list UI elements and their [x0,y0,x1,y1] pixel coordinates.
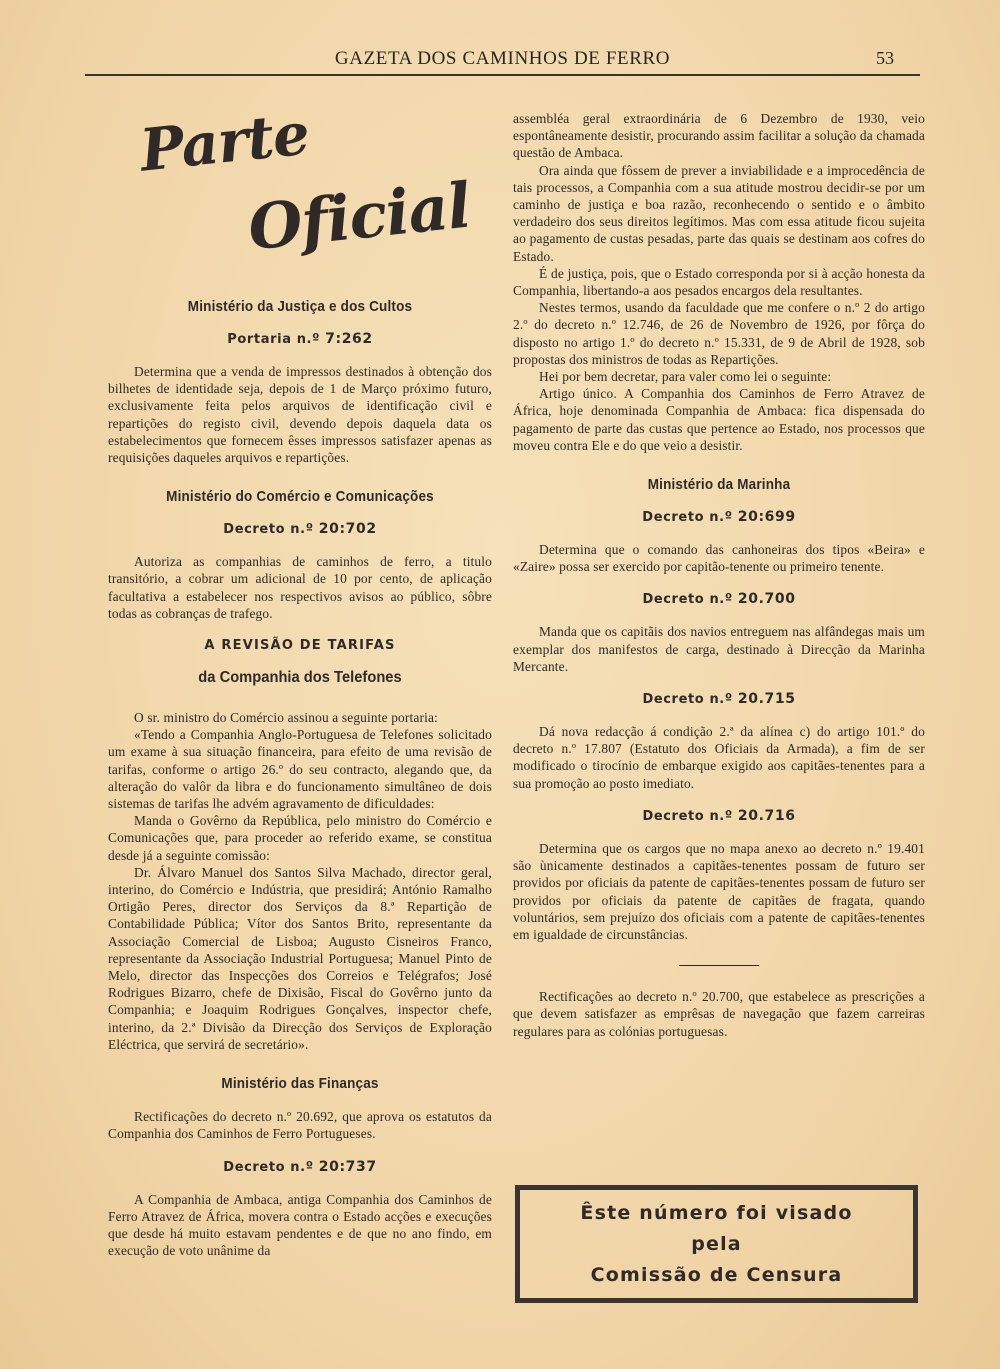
paragraph: A Companhia de Ambaca, antiga Companhia … [108,1191,492,1260]
censor-line3: Comissão de Censura [591,1260,843,1291]
paragraph: Rectificações ao decreto n.º 20.700, que… [513,988,925,1040]
paragraph: O sr. ministro do Comércio assinou a seg… [108,709,492,726]
paragraph: Determina que os cargos que no mapa anex… [513,840,925,943]
decree-heading: Portaria n.º 7:262 [108,331,492,347]
section-title-line2: Oficial [245,169,474,265]
article-heading: A REVISÃO DE TARIFAS [108,638,492,653]
section-title: Parte Oficial [108,108,492,288]
left-column: Parte Oficial Ministério da Justiça e do… [108,108,492,1259]
section-title-line1: Parte [137,99,312,184]
page-number: 53 [876,48,894,69]
paragraph: assembléa geral extraordinária de 6 Deze… [513,110,925,162]
paragraph: Dr. Álvaro Manuel dos Santos Silva Macha… [108,864,492,1053]
paragraph: «Tendo a Companhia Anglo-Portuguesa de T… [108,726,492,812]
censor-line2: pela [691,1229,742,1260]
decree-heading: Decreto n.º 20:702 [108,521,492,537]
page-header: GAZETA DOS CAMINHOS DE FERRO 53 [85,46,920,76]
decree-heading: Decreto n.º 20:699 [513,509,925,525]
paragraph: Determina que o comando das canhoneiras … [513,541,925,575]
ministry-heading: Ministério do Comércio e Comunicações [127,488,473,505]
paragraph: Ora ainda que fôssem de prever a inviabi… [513,162,925,265]
paragraph: Dá nova redacção á condição 2.ª da alíne… [513,723,925,792]
decree-heading: Decreto n.º 20.715 [513,691,925,707]
decree-heading: Decreto n.º 20.700 [513,591,925,607]
paragraph: Determina que a venda de impressos desti… [108,363,492,466]
paragraph: Autoriza as companhias de caminhos de fe… [108,553,492,622]
paragraph: Manda o Govêrno da República, pelo minis… [108,812,492,864]
right-column: assembléa geral extraordinária de 6 Deze… [513,110,925,1040]
censor-line1: Êste número foi visado [580,1198,852,1229]
article-subheading: da Companhia dos Telefones [123,669,476,687]
censorship-notice-box: Êste número foi visado pela Comissão de … [515,1185,918,1303]
decree-heading: Decreto n.º 20:737 [108,1159,492,1175]
paragraph: Nestes termos, usando da faculdade que m… [513,299,925,368]
paragraph: Artigo único. A Companhia dos Caminhos d… [513,385,925,454]
paragraph: Manda que os capitãis dos navios entregu… [513,623,925,675]
decree-heading: Decreto n.º 20.716 [513,808,925,824]
ministry-heading: Ministério da Marinha [534,476,905,493]
publication-title: GAZETA DOS CAMINHOS DE FERRO [85,48,920,70]
ministry-heading: Ministério das Finanças [127,1075,473,1092]
paragraph: Hei por bem decretar, para valer como le… [513,368,925,385]
paragraph: Rectificações do decreto n.º 20.692, que… [108,1108,492,1142]
paragraph: É de justiça, pois, que o Estado corresp… [513,265,925,299]
ministry-heading: Ministério da Justiça e dos Cultos [127,298,473,315]
